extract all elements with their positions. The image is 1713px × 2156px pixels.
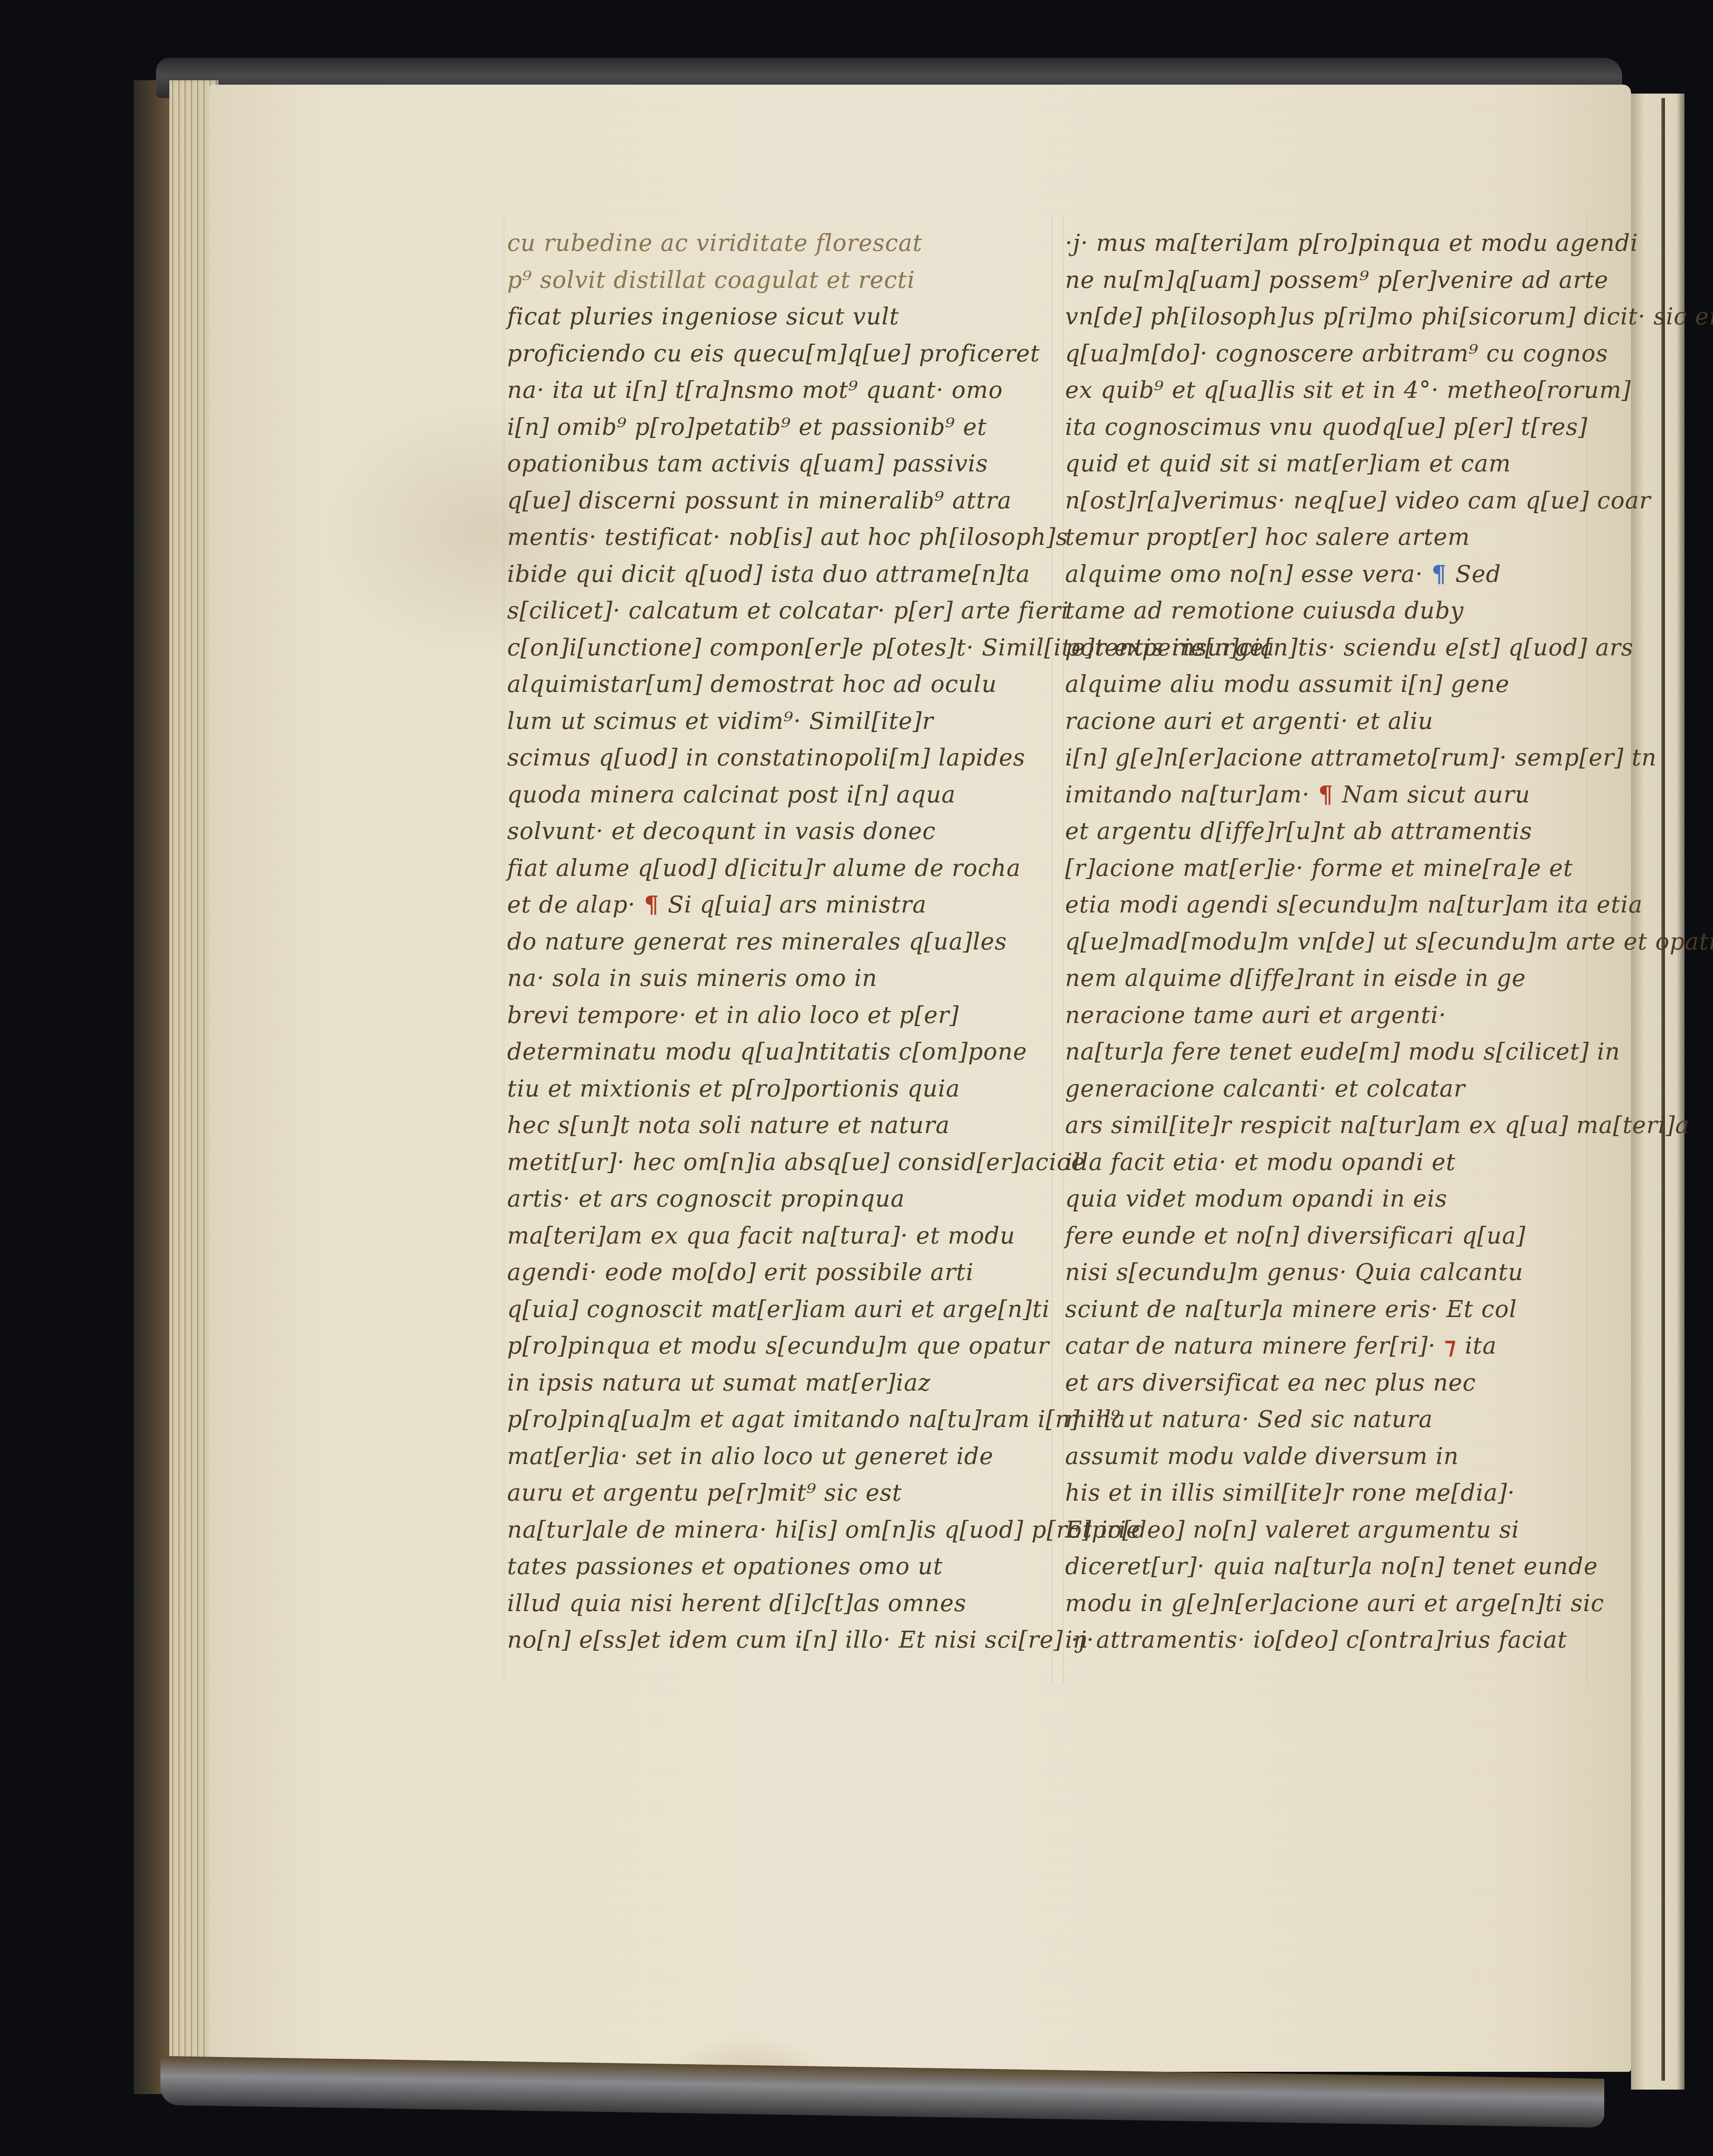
rubric-text: Nam sicut auru [1342, 781, 1531, 808]
manuscript-line: assumit modu valde diversum in [1065, 1438, 1613, 1475]
manuscript-line: p[ro]pinq[ua]m et agat imitando na[tu]ra… [507, 1401, 1051, 1438]
rubric-text: ita [1465, 1333, 1497, 1359]
line-text: catar de natura minere fer[ri]· [1065, 1333, 1436, 1359]
manuscript-line: [r]acione mat[er]ie· forme et mine[ra]e … [1065, 850, 1613, 887]
line-text: ibide qui dicit q[uod] ista duo attrame[… [507, 561, 1030, 588]
line-text: alquime omo no[n] esse vera· [1065, 561, 1423, 588]
line-text: assumit modu valde diversum in [1065, 1443, 1459, 1470]
manuscript-line: fere eunde et no[n] diversificari q[ua] [1065, 1218, 1613, 1255]
line-text: imitando na[tur]am· [1065, 781, 1310, 808]
manuscript-line: illud quia nisi herent d[i]c[t]as omnes [507, 1585, 1051, 1622]
manuscript-line: et de alap· ¶ Si q[uia] ars ministra [507, 887, 1051, 924]
manuscript-line: in ipsis natura ut sumat mat[er]iaz [507, 1365, 1051, 1402]
rubric-text: Si q[uia] ars ministra [668, 892, 927, 918]
line-text: p[ro]pinq[ua]m et agat imitando na[tu]ra… [507, 1406, 1126, 1433]
ruling-line [504, 214, 504, 1684]
manuscript-line: et ars diversificat ea nec plus nec [1065, 1365, 1613, 1402]
manuscript-line: na[tur]a fere tenet eude[m] modu s[cilic… [1065, 1034, 1613, 1071]
manuscript-line: opationibus tam activis q[uam] passivis [507, 446, 1051, 483]
manuscript-line: solvunt· et decoqunt in vasis donec [507, 813, 1051, 850]
manuscript-line: his et in illis simil[ite]r rone me[dia]… [1065, 1475, 1613, 1512]
manuscript-line: generacione calcanti· et colcatar [1065, 1071, 1613, 1108]
line-text: nisi s[ecundu]m genus· Quia calcantu [1065, 1259, 1524, 1286]
line-text: ficat pluries ingeniose sicut vult [507, 303, 899, 330]
line-text: determinatu modu q[ua]ntitatis c[om]pone [507, 1039, 1027, 1065]
manuscript-line: catar de natura minere fer[ri]· ⁊ ita [1065, 1328, 1613, 1365]
line-text: artis· et ars cognoscit propinqua [507, 1186, 905, 1212]
line-text: in ipsis natura ut sumat mat[er]iaz [507, 1370, 931, 1396]
manuscript-line: ibide qui dicit q[uod] ista duo attrame[… [507, 556, 1051, 593]
manuscript-line: etia modi agendi s[ecundu]m na[tur]am it… [1065, 887, 1613, 924]
line-text: quia videt modum opandi in eis [1065, 1186, 1447, 1212]
line-text: et argentu d[iffe]r[u]nt ab attramentis [1065, 818, 1532, 845]
manuscript-line: determinatu modu q[ua]ntitatis c[om]pone [507, 1034, 1051, 1071]
manuscript-line: c[on]i[unctione] compon[er]e p[otes]t· S… [507, 630, 1051, 667]
facing-page-gutter [1631, 94, 1684, 2090]
line-text: agendi· eode mo[do] erit possibile arti [507, 1259, 974, 1286]
line-text: et de alap· [507, 892, 635, 918]
manuscript-line: no[n] e[ss]et idem cum i[n] illo· Et nis… [507, 1622, 1051, 1659]
line-text: na[tur]a fere tenet eude[m] modu s[cilic… [1065, 1039, 1620, 1065]
manuscript-line: ·j· mus ma[teri]am p[ro]pinqua et modu a… [1065, 225, 1613, 262]
line-text: proficiendo cu eis quecu[m]q[ue] profice… [507, 340, 1040, 367]
line-text: potentis insurge[n]tis· sciendu e[st] q[… [1065, 634, 1634, 661]
manuscript-line: alquime omo no[n] esse vera· ¶ Sed [1065, 556, 1613, 593]
line-text: ars simil[ite]r respicit na[tur]am ex q[… [1065, 1112, 1689, 1139]
manuscript-line: in attramentis· io[deo] c[ontra]rius fac… [1065, 1622, 1613, 1659]
line-text: mat[er]ia· set in alio loco ut generet i… [507, 1443, 994, 1470]
line-text: no[n] e[ss]et idem cum i[n] illo· Et nis… [507, 1627, 1094, 1653]
manuscript-line: do nature generat res minerales q[ua]les [507, 924, 1051, 961]
rubric-text: Sed [1455, 561, 1501, 588]
manuscript-line: et argentu d[iffe]r[u]nt ab attramentis [1065, 813, 1613, 850]
line-text: q[ua]m[do]· cognoscere arbitram⁹ cu cogn… [1065, 340, 1608, 367]
manuscript-line: Et io[deo] no[n] valeret argumentu si [1065, 1512, 1613, 1549]
line-text: p[ro]pinqua et modu s[ecundu]m que opatu… [507, 1333, 1049, 1359]
ruling-line [1052, 214, 1053, 1684]
line-text: sciunt de na[tur]a minere eris· Et col [1065, 1296, 1517, 1323]
line-text: lum ut scimus et vidim⁹· Simil[ite]r [507, 708, 934, 735]
manuscript-line: agendi· eode mo[do] erit possibile arti [507, 1254, 1051, 1291]
manuscript-line: ita cognoscimus vnu quodq[ue] p[er] t[re… [1065, 409, 1613, 446]
manuscript-line: q[ue] discerni possunt in mineralib⁹ att… [507, 483, 1051, 520]
line-text: modu in g[e]n[er]acione auri et arge[n]t… [1065, 1590, 1604, 1617]
manuscript-line: quoda minera calcinat post i[n] aqua [507, 777, 1051, 814]
line-text: s[cilicet]· calcatum et colcatar· p[er] … [507, 597, 1069, 624]
manuscript-line: ne nu[m]q[uam] possem⁹ p[er]venire ad ar… [1065, 262, 1613, 299]
manuscript-line: lum ut scimus et vidim⁹· Simil[ite]r [507, 703, 1051, 740]
manuscript-line: nem alquime d[iffe]rant in eisde in ge [1065, 960, 1613, 997]
line-text: scimus q[uod] in constatinopoli[m] lapid… [507, 745, 1025, 771]
manuscript-line: scimus q[uod] in constatinopoli[m] lapid… [507, 740, 1051, 777]
line-text: fere eunde et no[n] diversificari q[ua] [1065, 1223, 1526, 1249]
line-text: do nature generat res minerales q[ua]les [507, 929, 1007, 955]
line-text: q[ue]mad[modu]m vn[de] ut s[ecundu]m art… [1065, 929, 1713, 955]
line-text: q[ue] discerni possunt in mineralib⁹ att… [507, 487, 1012, 514]
manuscript-line: na· ita ut i[n] t[ra]nsmo mot⁹ quant· om… [507, 372, 1051, 409]
manuscript-line: ars simil[ite]r respicit na[tur]am ex q[… [1065, 1107, 1613, 1144]
manuscript-line: ma[teri]am ex qua facit na[tura]· et mod… [507, 1218, 1051, 1255]
manuscript-line: min⁹ ut natura· Sed sic natura [1065, 1401, 1613, 1438]
line-text: illa facit etia· et modu opandi et [1065, 1149, 1456, 1176]
manuscript-line: quia videt modum opandi in eis [1065, 1181, 1613, 1218]
line-text: na· ita ut i[n] t[ra]nsmo mot⁹ quant· om… [507, 377, 1003, 404]
line-text: metit[ur]· hec om[n]ia absq[ue] consid[e… [507, 1149, 1085, 1176]
line-text: neracione tame auri et argenti· [1065, 1002, 1447, 1029]
manuscript-line: nisi s[ecundu]m genus· Quia calcantu [1065, 1254, 1613, 1291]
line-text: auru et argentu pe[r]mit⁹ sic est [507, 1480, 902, 1506]
manuscript-line: neracione tame auri et argenti· [1065, 997, 1613, 1034]
manuscript-line: ficat pluries ingeniose sicut vult [507, 299, 1051, 335]
line-text: na[tur]ale de minera· hi[is] om[n]is q[u… [507, 1517, 1140, 1543]
line-text: i[n] omib⁹ p[ro]petatib⁹ et passionib⁹ e… [507, 414, 987, 441]
line-text: quid et quid sit si mat[er]iam et cam [1065, 450, 1511, 477]
manuscript-line: na[tur]ale de minera· hi[is] om[n]is q[u… [507, 1512, 1051, 1549]
right-text-column: ·j· mus ma[teri]am p[ro]pinqua et modu a… [1065, 225, 1613, 1659]
manuscript-line: q[ue]mad[modu]m vn[de] ut s[ecundu]m art… [1065, 924, 1613, 961]
manuscript-line: mat[er]ia· set in alio loco ut generet i… [507, 1438, 1051, 1475]
line-text: brevi tempore· et in alio loco et p[er] [507, 1002, 959, 1029]
line-text: vn[de] ph[ilosoph]us p[ri]mo phi[sicorum… [1065, 303, 1713, 330]
line-text: mentis· testificat· nob[is] aut hoc ph[i… [507, 524, 1068, 551]
line-text: in attramentis· io[deo] c[ontra]rius fac… [1065, 1627, 1567, 1653]
line-text: ex quib⁹ et q[ua]lis sit et in 4°· methe… [1065, 377, 1631, 404]
manuscript-line: artis· et ars cognoscit propinqua [507, 1181, 1051, 1218]
manuscript-line: alquimistar[um] demostrat hoc ad oculu [507, 666, 1051, 703]
manuscript-line: i[n] g[e]n[er]acione attrameto[rum]· sem… [1065, 740, 1613, 777]
manuscript-line: p⁹ solvit distillat coagulat et recti [507, 262, 1051, 299]
manuscript-line: tiu et mixtionis et p[ro]portionis quia [507, 1071, 1051, 1108]
manuscript-line: na· sola in suis mineris omo in [507, 960, 1051, 997]
left-text-column: cu rubedine ac viriditate florescatp⁹ so… [507, 225, 1051, 1659]
manuscript-line: quid et quid sit si mat[er]iam et cam [1065, 446, 1613, 483]
line-text: na· sola in suis mineris omo in [507, 965, 877, 992]
manuscript-line: cu rubedine ac viriditate florescat [507, 225, 1051, 262]
line-text: illud quia nisi herent d[i]c[t]as omnes [507, 1590, 967, 1617]
manuscript-line: alquime aliu modu assumit i[n] gene [1065, 666, 1613, 703]
manuscript-line: modu in g[e]n[er]acione auri et arge[n]t… [1065, 1585, 1613, 1622]
ruling-line [1063, 214, 1064, 1684]
manuscript-line: potentis insurge[n]tis· sciendu e[st] q[… [1065, 630, 1613, 667]
line-text: ma[teri]am ex qua facit na[tura]· et mod… [507, 1223, 1015, 1249]
line-text: ne nu[m]q[uam] possem⁹ p[er]venire ad ar… [1065, 267, 1609, 294]
line-text: q[uia] cognoscit mat[er]iam auri et arge… [507, 1296, 1050, 1323]
line-text: i[n] g[e]n[er]acione attrameto[rum]· sem… [1065, 745, 1657, 771]
line-text: racione auri et argenti· et aliu [1065, 708, 1433, 735]
line-text: quoda minera calcinat post i[n] aqua [507, 781, 956, 808]
line-text: tates passiones et opationes omo ut [507, 1553, 943, 1580]
manuscript-line: i[n] omib⁹ p[ro]petatib⁹ et passionib⁹ e… [507, 409, 1051, 446]
line-text: alquime aliu modu assumit i[n] gene [1065, 671, 1510, 698]
line-text: fiat alume q[uod] d[icitu]r alume de roc… [507, 855, 1021, 882]
line-text: generacione calcanti· et colcatar [1065, 1076, 1465, 1102]
manuscript-line: diceret[ur]· quia na[tur]a no[n] tenet e… [1065, 1548, 1613, 1585]
line-text: n[ost]r[a]verimus· neq[ue] video cam q[u… [1065, 487, 1651, 514]
line-text: etia modi agendi s[ecundu]m na[tur]am it… [1065, 892, 1643, 918]
manuscript-line: p[ro]pinqua et modu s[ecundu]m que opatu… [507, 1328, 1051, 1365]
line-text: min⁹ ut natura· Sed sic natura [1065, 1406, 1433, 1433]
line-text: his et in illis simil[ite]r rone me[dia]… [1065, 1480, 1515, 1506]
line-text: ita cognoscimus vnu quodq[ue] p[er] t[re… [1065, 414, 1588, 441]
line-text: ·j· mus ma[teri]am p[ro]pinqua et modu a… [1065, 230, 1638, 257]
rubric-pilcrow-icon: ¶ [1310, 781, 1342, 808]
manuscript-line: hec s[un]t nota soli nature et natura [507, 1107, 1051, 1144]
manuscript-line: imitando na[tur]am· ¶ Nam sicut auru [1065, 777, 1613, 814]
line-text: alquimistar[um] demostrat hoc ad oculu [507, 671, 997, 698]
manuscript-line: proficiendo cu eis quecu[m]q[ue] profice… [507, 335, 1051, 372]
line-text: hec s[un]t nota soli nature et natura [507, 1112, 950, 1139]
manuscript-line: q[uia] cognoscit mat[er]iam auri et arge… [507, 1291, 1051, 1328]
rubric-pilcrow-icon: ¶ [635, 891, 668, 918]
manuscript-line: auru et argentu pe[r]mit⁹ sic est [507, 1475, 1051, 1512]
line-text: diceret[ur]· quia na[tur]a no[n] tenet e… [1065, 1553, 1598, 1580]
line-text: opationibus tam activis q[uam] passivis [507, 450, 988, 477]
manuscript-line: vn[de] ph[ilosoph]us p[ri]mo phi[sicorum… [1065, 299, 1613, 335]
rubric-pilcrow-icon: ¶ [1423, 560, 1455, 588]
line-text: Et io[deo] no[n] valeret argumentu si [1065, 1517, 1519, 1543]
manuscript-line: fiat alume q[uod] d[icitu]r alume de roc… [507, 850, 1051, 887]
manuscript-line: n[ost]r[a]verimus· neq[ue] video cam q[u… [1065, 483, 1613, 520]
manuscript-line: metit[ur]· hec om[n]ia absq[ue] consid[e… [507, 1144, 1051, 1181]
manuscript-line: ex quib⁹ et q[ua]lis sit et in 4°· methe… [1065, 372, 1613, 409]
line-text: et ars diversificat ea nec plus nec [1065, 1370, 1476, 1396]
manuscript-line: racione auri et argenti· et aliu [1065, 703, 1613, 740]
line-text: tame ad remotione cuiusda duby [1065, 597, 1464, 624]
line-text: tiu et mixtionis et p[ro]portionis quia [507, 1076, 960, 1102]
manuscript-line: s[cilicet]· calcatum et colcatar· p[er] … [507, 593, 1051, 630]
manuscript-line: temur propt[er] hoc salere artem [1065, 519, 1613, 556]
manuscript-line: tame ad remotione cuiusda duby [1065, 593, 1613, 630]
manuscript-line: tates passiones et opationes omo ut [507, 1548, 1051, 1585]
rubric-pilcrow-icon: ⁊ [1436, 1332, 1465, 1359]
manuscript-line: brevi tempore· et in alio loco et p[er] [507, 997, 1051, 1034]
manuscript-line: q[ua]m[do]· cognoscere arbitram⁹ cu cogn… [1065, 335, 1613, 372]
manuscript-line: mentis· testificat· nob[is] aut hoc ph[i… [507, 519, 1051, 556]
binding-gutter [1661, 98, 1665, 2081]
line-text: [r]acione mat[er]ie· forme et mine[ra]e … [1065, 855, 1573, 882]
line-text: p⁹ solvit distillat coagulat et recti [507, 267, 915, 294]
line-text: solvunt· et decoqunt in vasis donec [507, 818, 936, 845]
line-text: cu rubedine ac viriditate florescat [507, 230, 922, 257]
line-text: nem alquime d[iffe]rant in eisde in ge [1065, 965, 1526, 992]
manuscript-line: sciunt de na[tur]a minere eris· Et col [1065, 1291, 1613, 1328]
manuscript-line: illa facit etia· et modu opandi et [1065, 1144, 1613, 1181]
line-text: temur propt[er] hoc salere artem [1065, 524, 1470, 551]
